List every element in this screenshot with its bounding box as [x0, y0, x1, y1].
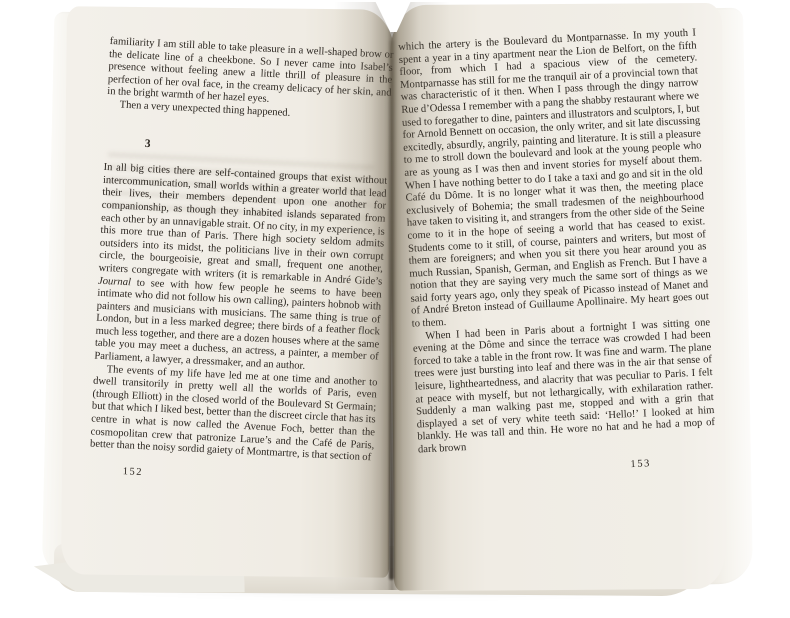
right-page-text-column: which the artery is the Boulevard du Mon…: [398, 27, 717, 481]
paragraph: The events of my life have led me at one…: [90, 363, 378, 465]
paragraph: In all big cities there are self-contain…: [94, 162, 388, 377]
paragraph-text: to see with how few people he seems to h…: [94, 277, 382, 372]
paragraph-continuation: which the artery is the Boulevard du Mon…: [398, 27, 710, 331]
left-page-text-column: familiarity I am still able to take plea…: [88, 36, 393, 491]
paragraph-text: In all big cities there are self-contain…: [98, 162, 387, 287]
italic-book-title: Journal: [98, 275, 131, 288]
paragraph: When I had been in Paris about a fortnig…: [412, 317, 716, 457]
open-book-photo: familiarity I am still able to take plea…: [0, 0, 790, 618]
